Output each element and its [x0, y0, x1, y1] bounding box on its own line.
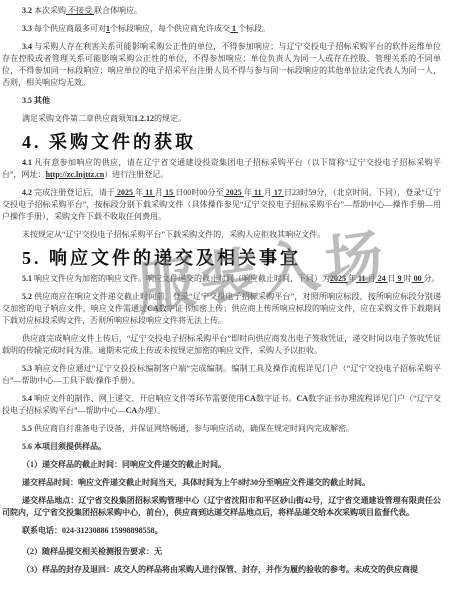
- clause-4-2-run: 15: [163, 188, 175, 197]
- para-4-2-note: 未按规定从“辽宁交投电子招标采购平台”下载采购文件的，采购人应拒收其响应文件。: [2, 229, 441, 241]
- clause-4-2-run: 日00时00分至: [175, 188, 224, 197]
- clause-4-2-run: 年: [135, 188, 143, 197]
- clause-4-2-run: 11: [143, 188, 155, 197]
- clause-5-1-run: 时: [404, 274, 412, 283]
- clause-5-2: 5.2 供应商应在响应文件递交截止时间前，登录“辽宁交投电子招标采购平台”，对照…: [2, 291, 441, 327]
- clause-5-4-run: 响应文件的制作、网上递交、开启响应文件等环节需要使用: [34, 394, 244, 403]
- para-sample-return-run: （3）样品的封存及退回：成交人的样品将由采购人进行保管、封存，并作为履约验收的参…: [22, 565, 418, 574]
- heading-4: 4. 采购文件的获取: [2, 131, 441, 153]
- clause-3-2-run: 本次采购: [34, 6, 66, 15]
- clause-5-1-run: 分。: [424, 274, 440, 283]
- para-contact-phone-run: 联系电话：024-31230886 15998898558。: [22, 526, 163, 535]
- para-3-5-note-run: 1.2.12: [134, 114, 154, 123]
- clause-5-1-run: 11: [356, 274, 368, 283]
- clause-4-1-run: http://zc.lnjttz.cn: [46, 170, 105, 179]
- clause-5-1-run: 24: [376, 274, 388, 283]
- clause-3-3-run: 个标段。: [238, 24, 270, 33]
- clause-4-2-run: 年: [244, 188, 252, 197]
- clause-4-2-run: 2025: [115, 188, 135, 197]
- clause-5-1-run: 年: [348, 274, 356, 283]
- clause-5-1: 5.1 响应文件应为加密的响应文件。响应文件递交的截止时间（响应截止时间，下同）…: [2, 273, 441, 285]
- clause-5-5-run: 5.5: [22, 424, 34, 433]
- para-sample-place: 递交样品地点：辽宁省交投集团招标采购管理中心（辽宁省沈阳市和平区砂山街42号，辽…: [2, 495, 441, 519]
- para-5-2-note-run: 供应商完成响应文件上传后，“辽宁交投电子招标采购平台”即时向供应商发出电子签收凭…: [2, 334, 441, 355]
- para-sample-place-run: 递交样品地点：辽宁省交投集团招标采购管理中心（辽宁省沈阳市和平区砂山街42号，辽…: [2, 496, 441, 517]
- para-3-5-note-run: 满足采购文件第二章供应商须知: [22, 114, 134, 123]
- clause-3-5: 3.5 其他: [2, 95, 441, 107]
- heading-4-run: 4. 采购文件的获取: [22, 132, 196, 152]
- clause-5-4-run: 数字证书。: [256, 394, 297, 403]
- para-sample-deadline: （1）递交样品的截止时间：同响应文件递交的截止时间。: [2, 459, 441, 471]
- clause-5-4-run: 5.4: [22, 394, 34, 403]
- clause-5-2-run: CA: [147, 304, 159, 313]
- clause-5-5: 5.5 供应商自行准备电子设备，并保证网络畅通，参与响应活动，确保在规定时间内完…: [2, 423, 441, 435]
- clause-5-4: 5.4 响应文件的制作、网上递交、开启响应文件等环节需要使用CA数字证书。CA数…: [2, 393, 441, 417]
- para-3-5-note: 满足采购文件第二章供应商须知1.2.12的规定。: [2, 113, 441, 125]
- para-4-2-note-run: 未按规定从“辽宁交投电子招标采购平台”下载采购文件的，采购人应拒收其响应文件。: [22, 230, 325, 239]
- clause-5-1-run: 2025: [330, 274, 348, 283]
- clause-4-1-run: ）进行注册登记。: [104, 170, 168, 179]
- clause-3-2-run: 联合体响应。: [94, 6, 142, 15]
- clause-5-1-run: 9: [396, 274, 404, 283]
- clause-4-1-run: 4.1: [22, 158, 34, 167]
- clause-4-1: 4.1 凡有意参加响应的供应，请在辽宁省交通建设投资集团电子招标采购平台（以下简…: [2, 157, 441, 181]
- clause-3-3-run: 3.3: [22, 24, 34, 33]
- para-5-2-note: 供应商完成响应文件上传后，“辽宁交投电子招标采购平台”即时向供应商发出电子签收凭…: [2, 333, 441, 357]
- clause-5-4-run: CA: [244, 394, 256, 403]
- clause-5-1-run: 月: [368, 274, 376, 283]
- clause-4-2-run: 11: [252, 188, 264, 197]
- clause-5-5-run: 供应商自行准备电子设备，并保证网络畅通，参与响应活动，确保在规定时间内完成解密。: [34, 424, 354, 433]
- para-sample-report: （2）随样品提交相关检测报告要求：无: [2, 546, 441, 558]
- clause-3-4-run: 3.4: [22, 42, 34, 51]
- clause-5-4-run: CA: [296, 394, 308, 403]
- clause-4-2-run: 月: [264, 188, 272, 197]
- document-page: 服装入场 3.2 本次采购 不接受 联合体响应。3.3 每个供应商最多可对1个标…: [0, 0, 450, 600]
- clause-5-6-run: 5.6 本项目须提供样品。: [22, 442, 106, 451]
- clause-5-3: 5.3 响应文件应通过“辽宁交投投标编制客户端”完成编制。编制工具及操作流程详见…: [2, 363, 441, 387]
- clause-5-2-run: 5.2: [22, 292, 34, 301]
- clause-3-3: 3.3 每个供应商最多可对1个标段响应，每个供应商允许成交 1 个标段。: [2, 23, 441, 35]
- clause-5-1-run: 00: [412, 274, 424, 283]
- clause-5-4-run: CA: [126, 406, 138, 415]
- clause-3-2-run: 3.2: [22, 6, 34, 15]
- clause-3-4-run: 与采购人存在利害关系可能影响采购公正性的单位，不得参加响应；与辽宁交投电子招标采…: [2, 42, 441, 87]
- clause-4-2-run: 月: [155, 188, 163, 197]
- clause-4-2-run: 2025: [224, 188, 244, 197]
- clause-5-3-run: 5.3: [22, 364, 34, 373]
- clause-5-3-run: 响应文件应通过“辽宁交投投标编制客户端”完成编制。编制工具及操作流程详见门户（“…: [2, 364, 441, 385]
- clause-3-3-run: 个标段响应，每个供应商允许成交: [110, 24, 230, 33]
- clause-5-6: 5.6 本项目须提供样品。: [2, 441, 441, 453]
- clause-3-5-run: 3.5 其他: [22, 96, 50, 105]
- para-sample-time: 递交样品时间：响应文件递交截止时间当天，具体时间为上午8时30分至响应文件递交的…: [2, 477, 441, 489]
- clause-5-1-run: 响应文件应为加密的响应文件。响应文件递交的截止时间（响应截止时间，下同）为: [34, 274, 330, 283]
- clause-4-2-run: 完成注册登记后，请于: [34, 188, 115, 197]
- para-contact-phone: 联系电话：024-31230886 15998898558。: [2, 525, 441, 537]
- para-sample-time-run: 递交样品时间：响应文件递交截止时间当天，具体时间为上午8时30分至响应文件递交的…: [22, 478, 370, 487]
- clause-4-2-run: 17: [272, 188, 284, 197]
- heading-5-run: 5. 响应文件的递交及相关事宜: [22, 248, 301, 268]
- para-sample-return: （3）样品的封存及退回：成交人的样品将由采购人进行保管、封存，并作为履约验收的参…: [2, 564, 441, 576]
- para-sample-report-run: （2）随样品提交相关检测报告要求：无: [22, 547, 162, 556]
- clause-4-2-run: 4.2: [22, 188, 34, 197]
- clause-5-4-run: 办理）。: [137, 406, 165, 415]
- para-3-5-note-run: 的规定。: [154, 114, 186, 123]
- clause-3-3-run: 每个供应商最多可对: [34, 24, 106, 33]
- clause-3-2: 3.2 本次采购 不接受 联合体响应。: [2, 5, 441, 17]
- clause-3-2-run: 不接受: [66, 6, 94, 15]
- clause-5-1-run: 日: [388, 274, 396, 283]
- heading-5: 5. 响应文件的递交及相关事宜: [2, 247, 441, 269]
- clause-3-3-run: 1: [230, 24, 238, 33]
- clause-3-4: 3.4 与采购人存在利害关系可能影响采购公正性的单位，不得参加响应；与辽宁交投电…: [2, 41, 441, 89]
- clause-4-2: 4.2 完成注册登记后，请于 2025 年 11 月 15 日00时00分至 2…: [2, 187, 441, 223]
- clause-5-1-run: 5.1: [22, 274, 34, 283]
- para-sample-deadline-run: （1）递交样品的截止时间：同响应文件递交的截止时间。: [22, 460, 226, 469]
